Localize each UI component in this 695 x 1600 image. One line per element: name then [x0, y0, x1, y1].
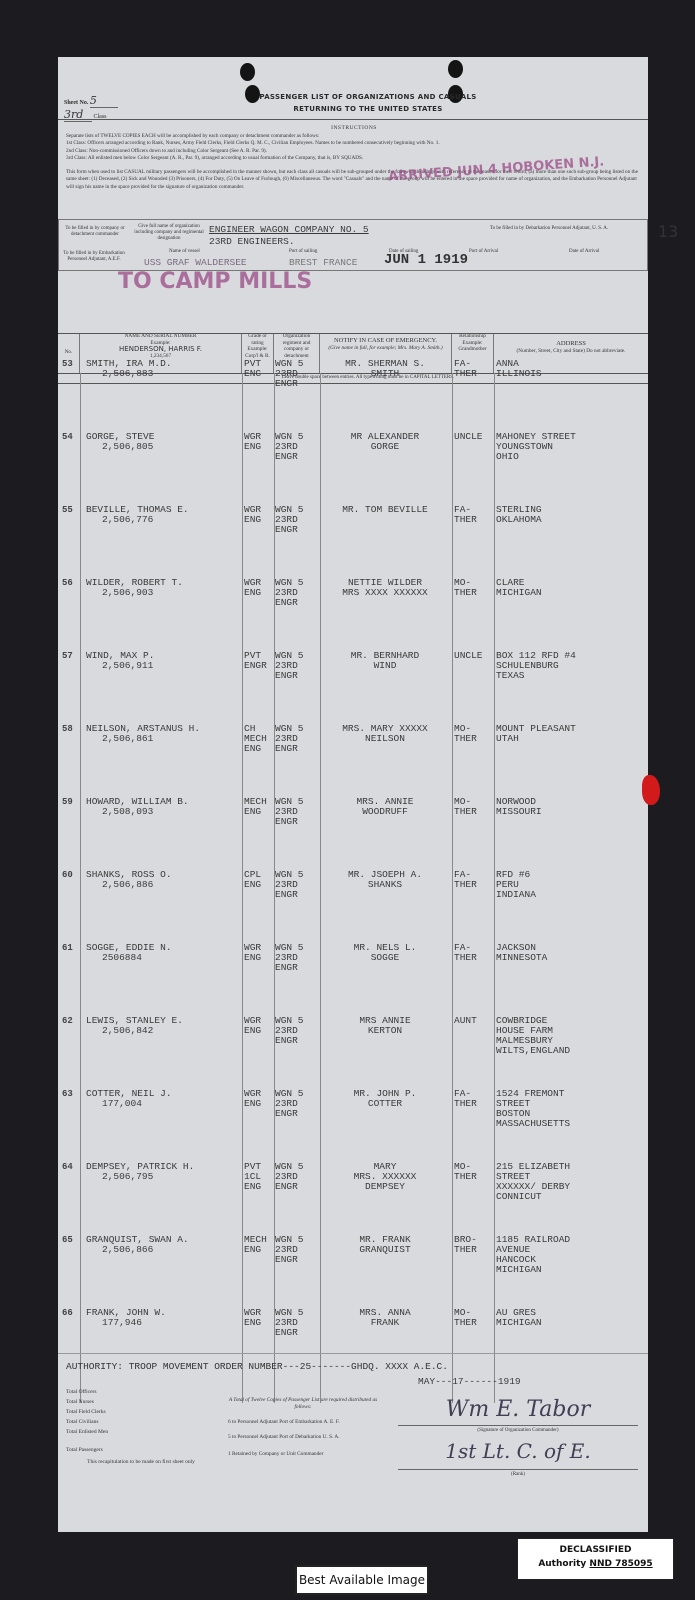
serial-number: 2,506,886	[102, 880, 153, 890]
serial-number: 2,506,795	[102, 1172, 153, 1182]
relationship: FA-THER	[454, 943, 494, 963]
divider	[58, 333, 648, 334]
instructions-line: 2nd Class: Non-commissioned Officers dow…	[66, 148, 642, 156]
serial-number: 2,506,911	[102, 661, 153, 671]
relationship: FA-THER	[454, 359, 494, 379]
entry-number: 62	[62, 1016, 73, 1026]
instructions-line: Separate lists of TWELVE COPIES EACH wil…	[66, 133, 642, 141]
address: STERLINGOKLAHOMA	[496, 505, 646, 525]
relationship: BRO-THER	[454, 1235, 494, 1255]
relationship: MO-THER	[454, 797, 494, 817]
declassified-label: DECLASSIFIED Authority NND 785095	[517, 1538, 674, 1580]
address-line: MINNESOTA	[496, 953, 646, 963]
org-name-label: Give full name of organization including…	[134, 224, 204, 242]
organization-line: ENGR	[275, 890, 320, 900]
organization-line: ENGR	[275, 1328, 320, 1338]
authority-prefix: Authority	[538, 1559, 586, 1569]
entry-number: 57	[62, 651, 73, 661]
relationship-line: THER	[454, 1172, 494, 1182]
grade-line: ENG	[244, 953, 274, 963]
rank-label: (Rank)	[398, 1469, 638, 1477]
relationship-line: THER	[454, 1099, 494, 1109]
grade-line: ENG	[244, 1099, 274, 1109]
authority-line: AUTHORITY: TROOP MOVEMENT ORDER NUMBER--…	[66, 1361, 448, 1372]
organization-line: ENGR	[275, 1109, 320, 1119]
entry-number: 54	[62, 432, 73, 442]
grade: PVT1CLENG	[244, 1162, 274, 1192]
grade-line: ENGR	[244, 661, 274, 671]
divider	[58, 1353, 648, 1354]
address-line: OKLAHOMA	[496, 515, 646, 525]
signature-label: (Signature of Organization Commander)	[398, 1425, 638, 1433]
organization: WGN 523RDENGR	[275, 578, 320, 608]
divider	[58, 383, 648, 384]
organization-line: ENGR	[275, 525, 320, 535]
emergency-contact-line: GORGE	[320, 442, 450, 452]
relationship-line: UNCLE	[454, 651, 494, 661]
organization: WGN 523RDENGR	[275, 1162, 320, 1192]
grade: MECHENG	[244, 797, 274, 817]
dist-retained: 1 Retained by Company or Unit Commander	[228, 1451, 378, 1458]
address: MOUNT PLEASANTUTAH	[496, 724, 646, 744]
grade-line: ENG	[244, 442, 274, 452]
dist-embarkation: 6 to Personnel Adjutant Port of Embarkat…	[228, 1419, 378, 1426]
relationship-line: THER	[454, 369, 494, 379]
sheet-label: Sheet No.	[64, 100, 88, 106]
entry-number: 65	[62, 1235, 73, 1245]
serial-number: 2,506,861	[102, 734, 153, 744]
grade-line: ENG	[244, 807, 274, 817]
relationship-line: THER	[454, 588, 494, 598]
col-grade-label: Grade or rating	[242, 333, 273, 346]
column-line	[494, 373, 495, 1403]
grade-line: ENG	[244, 515, 274, 525]
col-org-label: Organization regiment and company or det…	[274, 333, 319, 359]
address: AU GRESMICHIGAN	[496, 1308, 646, 1328]
recapitulation: Total Officers Total Nurses Total Field …	[66, 1387, 216, 1466]
entry-number: 64	[62, 1162, 73, 1172]
instructions-line: 1st Class: Officers arranged according t…	[66, 140, 642, 148]
address: 1185 RAILROADAVENUEHANCOCKMICHIGAN	[496, 1235, 646, 1275]
organization-line: ENGR	[275, 744, 320, 754]
total-officers: Total Officers	[66, 1387, 216, 1397]
address: COWBRIDGEHOUSE FARMMALMESBURYWILTS,ENGLA…	[496, 1016, 646, 1056]
relationship-line: THER	[454, 880, 494, 890]
emergency-contact: MRS. MARY XXXXXNEILSON	[320, 724, 450, 744]
organization: WGN 523RDENGR	[275, 651, 320, 681]
grade: WGRENG	[244, 1089, 274, 1109]
col-no-label: No.	[58, 349, 79, 356]
address-line: MISSOURI	[496, 807, 646, 817]
organization-name: ENGINEER WAGON COMPANY NO. 5	[209, 225, 369, 235]
col-notify-label: NOTIFY IN CASE OF EMERGENCY.	[320, 338, 451, 345]
address-line: ILLINOIS	[496, 369, 646, 379]
organization: WGN 523RDENGR	[275, 724, 320, 754]
grade: WGRENG	[244, 1308, 274, 1328]
grade: WGRENG	[244, 1016, 274, 1036]
relationship-line: THER	[454, 734, 494, 744]
passenger-list-sheet: Sheet No. 5 3rd Class PASSENGER LIST OF …	[58, 57, 648, 1532]
relationship: UNCLE	[454, 432, 494, 442]
sheet-number: 5	[90, 95, 118, 108]
serial-number: 2,506,805	[102, 442, 153, 452]
entry-number: 63	[62, 1089, 73, 1099]
declassified-text: DECLASSIFIED	[518, 1545, 673, 1555]
address: JACKSONMINNESOTA	[496, 943, 646, 963]
grade: CPLENG	[244, 870, 274, 890]
entry-number: 61	[62, 943, 73, 953]
relationship-line: THER	[454, 807, 494, 817]
serial-number: 177,946	[102, 1318, 142, 1328]
organization-line: ENGR	[275, 817, 320, 827]
port-sailing-value: BREST FRANCE	[289, 258, 357, 268]
emergency-contact: MR. TOM BEVILLE	[320, 505, 450, 515]
organization: WGN 523RDENGR	[275, 1089, 320, 1119]
grade-line: ENG	[244, 1245, 274, 1255]
emergency-contact: MR ALEXANDERGORGE	[320, 432, 450, 452]
grade: WGRENG	[244, 578, 274, 598]
organization: WGN 523RDENGR	[275, 797, 320, 827]
emergency-contact: MR. SHERMAN S.SMITH	[320, 359, 450, 379]
address: 215 ELIZABETHSTREETXXXXXX/ DERBYCONNICUT	[496, 1162, 646, 1202]
divider	[58, 119, 648, 120]
grade-line: ENG	[244, 1026, 274, 1036]
address: RFD #6PERUINDIANA	[496, 870, 646, 900]
address: NORWOODMISSOURI	[496, 797, 646, 817]
emergency-contact: MR. BERNHARDWIND	[320, 651, 450, 671]
grade: PVTENGR	[244, 651, 274, 671]
address-line: UTAH	[496, 734, 646, 744]
column-line	[242, 373, 243, 1403]
relationship: UNCLE	[454, 651, 494, 661]
address: CLAREMICHIGAN	[496, 578, 646, 598]
dist-debarkation: 5 to Personnel Adjutant Port of Debarkat…	[228, 1434, 378, 1441]
grade: CHMECHENG	[244, 724, 274, 754]
commander-rank: 1st Lt. C. of E.	[398, 1439, 638, 1469]
signature-block: Wm E. Tabor (Signature of Organization C…	[398, 1397, 638, 1477]
emergency-contact-line: WOODRUFF	[320, 807, 450, 817]
relationship-line: THER	[454, 953, 494, 963]
address-line: MICHIGAN	[496, 588, 646, 598]
organization: WGN 523RDENGR	[275, 1308, 320, 1338]
organization-line: ENGR	[275, 452, 320, 462]
serial-number: 2,506,903	[102, 588, 153, 598]
emergency-contact-line: SMITH	[320, 369, 450, 379]
organization-line: ENGR	[275, 963, 320, 973]
entry-number: 60	[62, 870, 73, 880]
emergency-contact-line: MR. TOM BEVILLE	[320, 505, 450, 515]
camp-stamp: TO CAMP MILLS	[118, 269, 312, 294]
page-subtitle: RETURNING TO THE UNITED STATES	[158, 105, 578, 113]
col-notify-sub: (Give name in full, for example; Mrs. Ma…	[320, 345, 451, 352]
address-line: MASSACHUSETTS	[496, 1119, 646, 1129]
entry-number: 66	[62, 1308, 73, 1318]
punch-hole	[240, 63, 255, 81]
total-enlisted-men: Total Enlisted Men	[66, 1427, 216, 1437]
grade-line: ENG	[244, 1318, 274, 1328]
relationship: MO-THER	[454, 724, 494, 744]
emergency-contact-line: FRANK	[320, 1318, 450, 1328]
organization-line: ENGR	[275, 379, 320, 389]
total-nurses: Total Nurses	[66, 1397, 216, 1407]
dist-heading: A Total of Twelve Copies of Passenger Li…	[228, 1397, 378, 1411]
organization-block: To be filled in by company or detachment…	[58, 219, 648, 271]
vessel-name: USS GRAF WALDERSEE	[144, 258, 247, 268]
relationship-line: THER	[454, 1245, 494, 1255]
instructions-heading: INSTRUCTIONS	[66, 125, 642, 133]
grade-line: ENG	[244, 588, 274, 598]
date-sailing-value: JUN 1 1919	[384, 252, 468, 268]
organization-line: ENGR	[275, 1182, 320, 1192]
grade: PVTENG	[244, 359, 274, 379]
relationship: AUNT	[454, 1016, 494, 1026]
address: MAHONEY STREETYOUNGSTOWNOHIO	[496, 432, 646, 462]
relationship: FA-THER	[454, 505, 494, 525]
grade-line: ENG	[244, 369, 274, 379]
serial-number: 2,506,883	[102, 369, 153, 379]
organization: WGN 523RDENGR	[275, 505, 320, 535]
address-line: MICHIGAN	[496, 1265, 646, 1275]
total-field-clerks: Total Field Clerks	[66, 1407, 216, 1417]
organization: WGN 523RDENGR	[275, 432, 320, 462]
best-available-label: Best Available Image	[295, 1565, 429, 1595]
organization-line: ENGR	[275, 1255, 320, 1265]
emergency-contact: MR. NELS L.SOGGE	[320, 943, 450, 963]
serial-number: 2,506,842	[102, 1026, 153, 1036]
total-passengers: Total Passengers	[66, 1445, 216, 1455]
organization-line: ENGR	[275, 598, 320, 608]
vessel-label: Name of vessel	[169, 249, 200, 255]
serial-number: 2,506,866	[102, 1245, 153, 1255]
entry-number: 56	[62, 578, 73, 588]
serial-number: 2,506,776	[102, 515, 153, 525]
emergency-contact: MR. JOHN P.COTTER	[320, 1089, 450, 1109]
emergency-contact-line: GRANQUIST	[320, 1245, 450, 1255]
serial-number: 2506884	[102, 953, 142, 963]
emergency-contact-line: SHANKS	[320, 880, 450, 890]
organization: WGN 523RDENGR	[275, 870, 320, 900]
emergency-contact: MRS. ANNAFRANK	[320, 1308, 450, 1328]
address: ANNAILLINOIS	[496, 359, 646, 379]
grade-line: ENG	[244, 1182, 274, 1192]
emergency-contact: MARYMRS. XXXXXXDEMPSEY	[320, 1162, 450, 1192]
entry-number: 53	[62, 359, 73, 369]
grade: WGRENG	[244, 432, 274, 452]
recap-note: This recapitulation to be made on first …	[66, 1459, 216, 1466]
grade: MECHENG	[244, 1235, 274, 1255]
relationship-line: AUNT	[454, 1016, 494, 1026]
address-line: OHIO	[496, 452, 646, 462]
emergency-contact-line: NEILSON	[320, 734, 450, 744]
address-line: MICHIGAN	[496, 1318, 646, 1328]
serial-number: 2,508,093	[102, 807, 153, 817]
emergency-contact-line: DEMPSEY	[320, 1182, 450, 1192]
entry-number: 58	[62, 724, 73, 734]
address-line: INDIANA	[496, 890, 646, 900]
grade-line: ENG	[244, 744, 274, 754]
serial-number: 177,004	[102, 1099, 142, 1109]
port-sailing-label: Port of sailing	[289, 249, 317, 255]
address-line: CONNICUT	[496, 1192, 646, 1202]
emergency-contact-line: MRS XXXX XXXXXX	[320, 588, 450, 598]
page-title: PASSENGER LIST OF ORGANIZATIONS AND CASU…	[158, 93, 578, 101]
organization: WGN 523RDENGR	[275, 359, 320, 389]
emergency-contact-line: WIND	[320, 661, 450, 671]
relationship: MO-THER	[454, 1162, 494, 1182]
total-civilians: Total Civilians	[66, 1417, 216, 1427]
grade: WGRENG	[244, 505, 274, 525]
relationship-line: UNCLE	[454, 432, 494, 442]
relationship: MO-THER	[454, 578, 494, 598]
col-address-sub: (Number, Street, City and State) Do not …	[494, 348, 648, 355]
company-fill-label: To be filled in by company or detachment…	[61, 226, 129, 238]
organization: WGN 523RDENGR	[275, 1235, 320, 1265]
relationship: MO-THER	[454, 1308, 494, 1328]
grade-line: ENG	[244, 880, 274, 890]
emergency-contact-line: COTTER	[320, 1099, 450, 1109]
emergency-contact-line: SOGGE	[320, 953, 450, 963]
relationship: FA-THER	[454, 1089, 494, 1109]
entry-number: 55	[62, 505, 73, 515]
emergency-contact-line: KERTON	[320, 1026, 450, 1036]
address: 1524 FREMONTSTREETBOSTONMASSACHUSETTS	[496, 1089, 646, 1129]
column-line	[452, 373, 453, 1403]
debarkation-label: To be filled in by Debarkation Personnel…	[459, 226, 639, 232]
commander-signature: Wm E. Tabor	[398, 1397, 638, 1425]
address-line: TEXAS	[496, 671, 646, 681]
organization-line: ENGR	[275, 1036, 320, 1046]
punch-hole	[448, 60, 463, 78]
column-line	[80, 373, 81, 1403]
organization-regiment: 23RD ENGINEERS.	[209, 237, 295, 247]
address: BOX 112 RFD #4SCHULENBURGTEXAS	[496, 651, 646, 681]
emergency-contact: MR. FRANKGRANQUIST	[320, 1235, 450, 1255]
grade: WGRENG	[244, 943, 274, 963]
port-arrival-label: Port of Arrival	[469, 249, 498, 255]
emergency-contact: NETTIE WILDERMRS XXXX XXXXXX	[320, 578, 450, 598]
relationship-line: THER	[454, 515, 494, 525]
address-line: WILTS,ENGLAND	[496, 1046, 646, 1056]
organization: WGN 523RDENGR	[275, 943, 320, 973]
col-rel-label: Relationship Example: Grandmother	[452, 333, 493, 353]
emergency-contact: MRS ANNIEKERTON	[320, 1016, 450, 1036]
distribution: A Total of Twelve Copies of Passenger Li…	[228, 1397, 378, 1458]
embarkation-label: To be filled in by Embarkation Personnel…	[61, 251, 127, 263]
class-value: 3rd	[64, 109, 92, 122]
relationship-line: THER	[454, 1318, 494, 1328]
emergency-contact: MRS. ANNIEWOODRUFF	[320, 797, 450, 817]
date-arrival-label: Date of Arrival	[569, 249, 599, 255]
organization: WGN 523RDENGR	[275, 1016, 320, 1046]
organization-line: ENGR	[275, 671, 320, 681]
authority-id: NND 785095	[589, 1559, 652, 1569]
entry-number: 59	[62, 797, 73, 807]
red-ink-mark	[642, 775, 660, 805]
relationship: FA-THER	[454, 870, 494, 890]
emergency-contact: MR. JSOEPH A.SHANKS	[320, 870, 450, 890]
authority-date: MAY---17------1919	[418, 1377, 521, 1387]
margin-number: 13	[658, 222, 678, 241]
